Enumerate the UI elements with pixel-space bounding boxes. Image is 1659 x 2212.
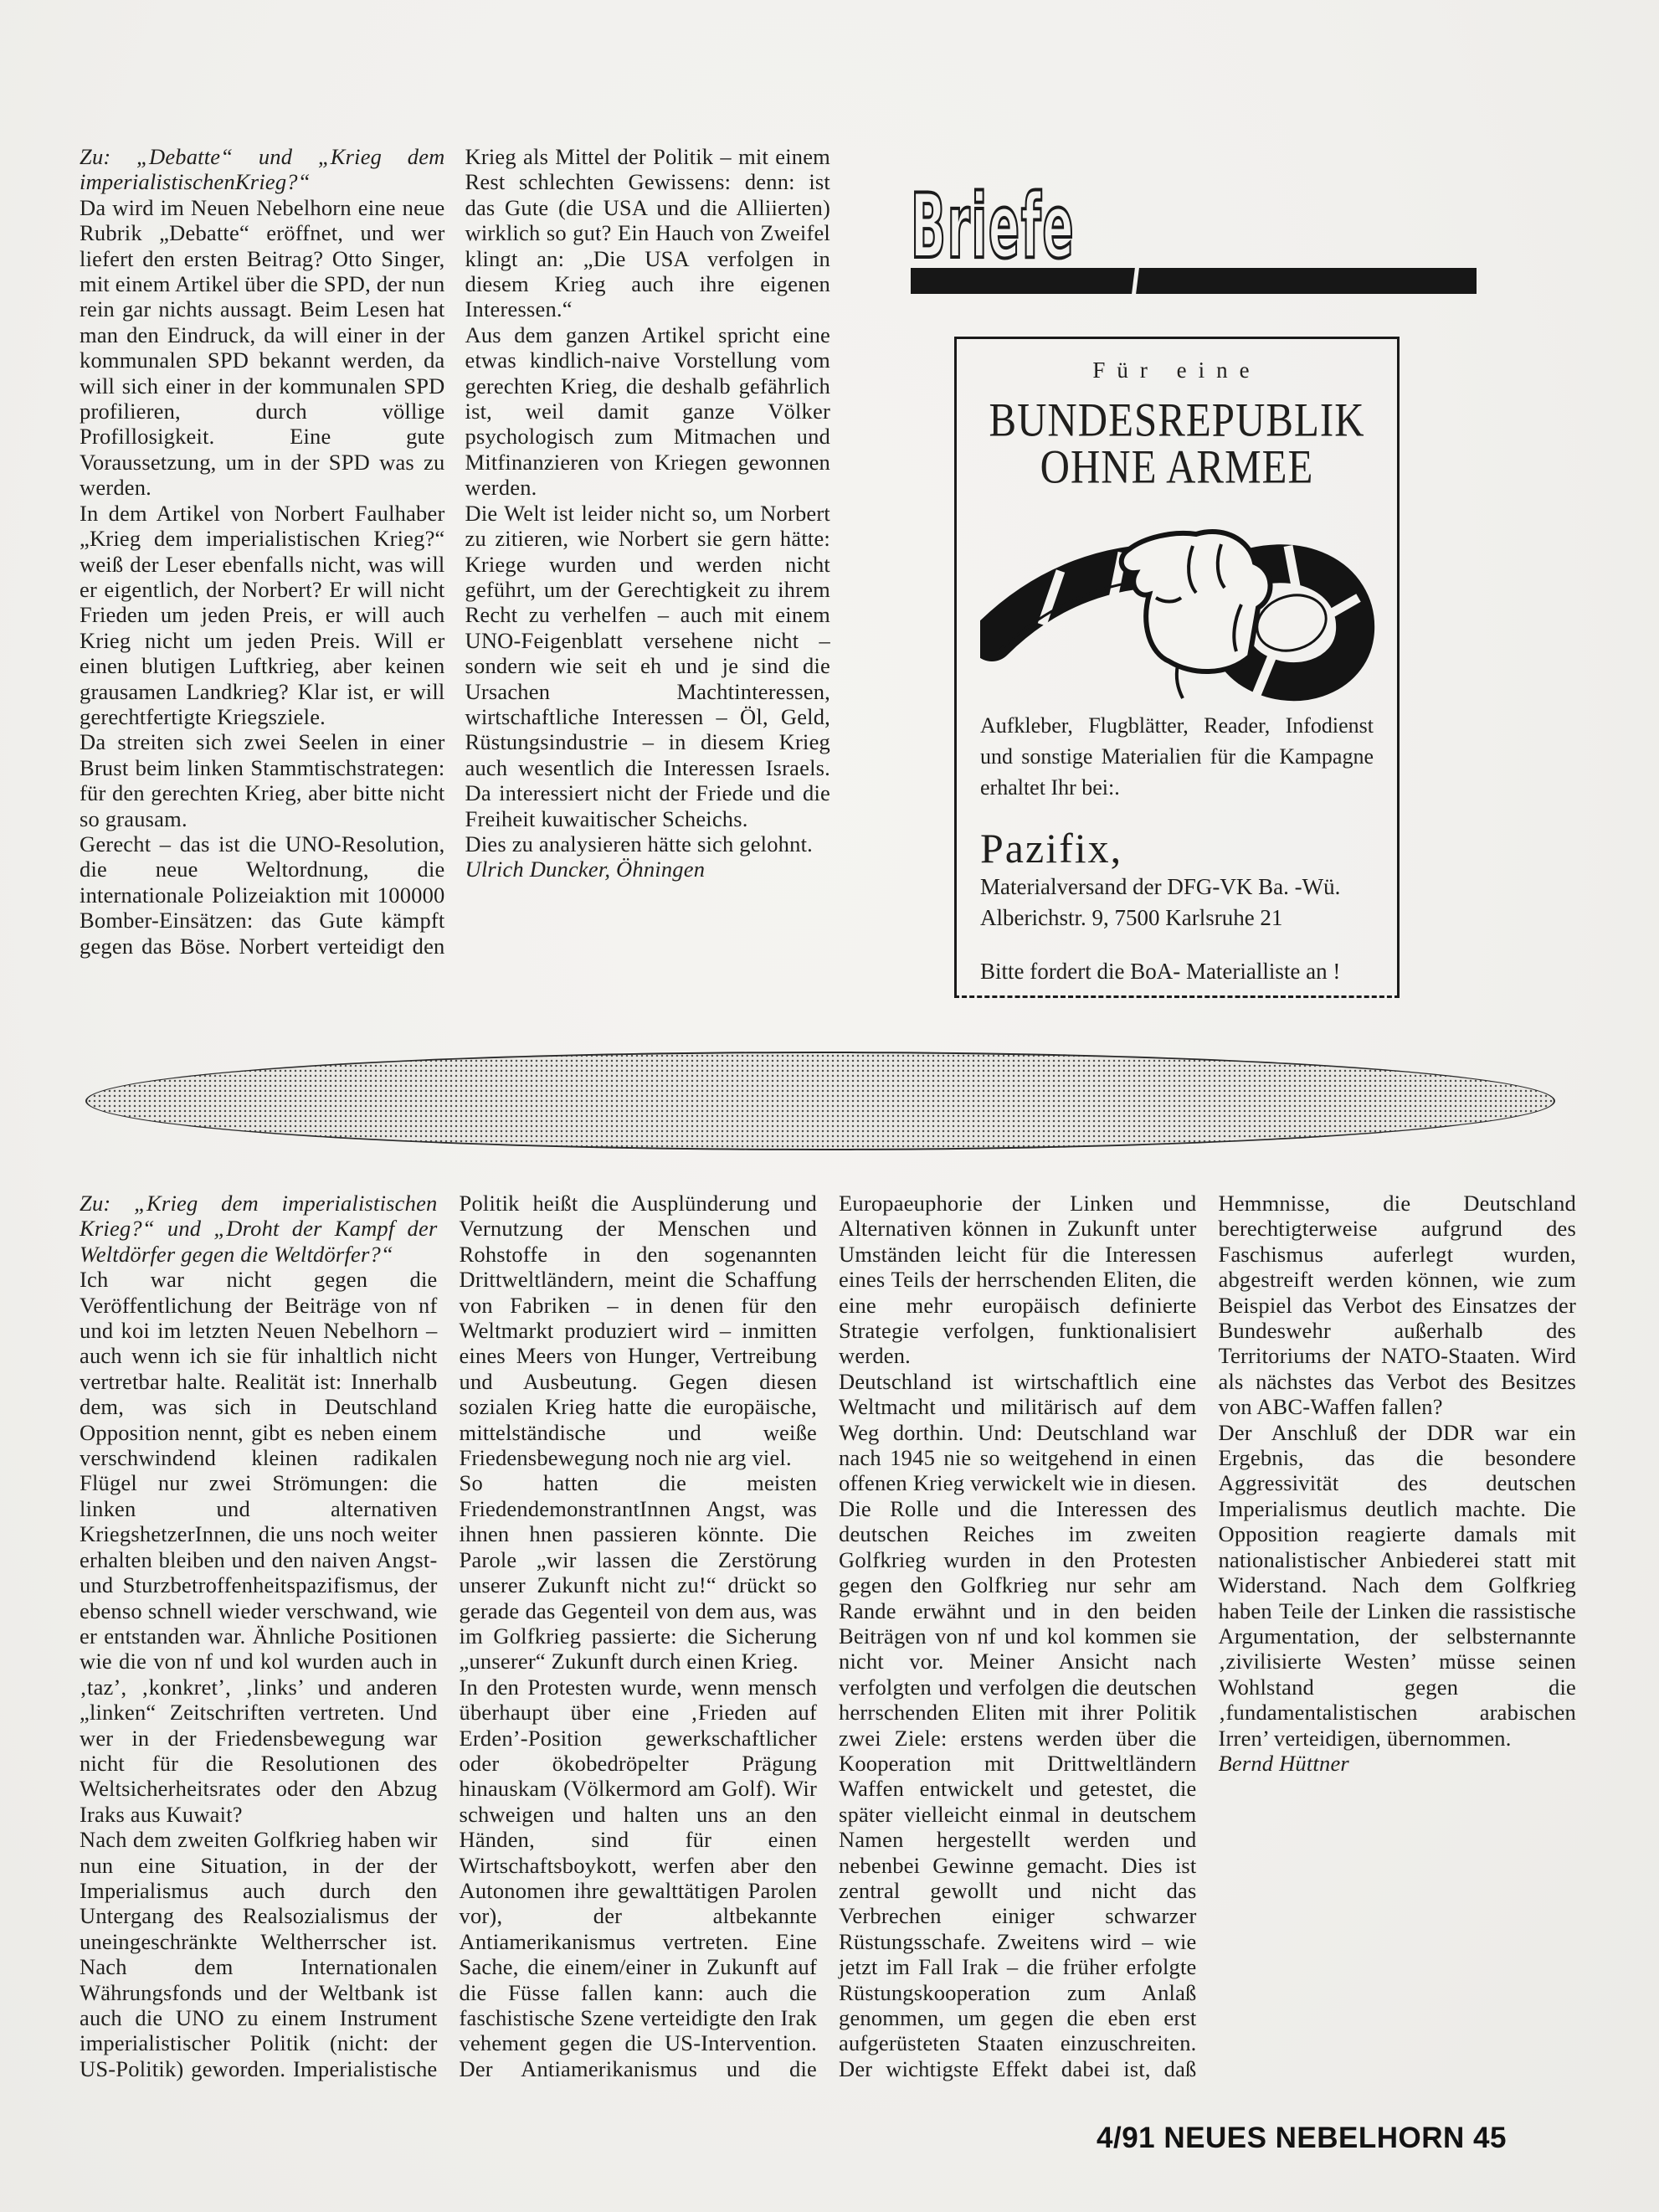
letter-1-signature: Ulrich Duncker, Öhningen <box>465 857 831 882</box>
ad-body: Aufkleber, Flugblätter, Reader, Infodien… <box>980 710 1374 803</box>
section-divider-ellipse <box>85 1052 1555 1150</box>
ad-note: Bitte fordert die BoA- Materialliste an … <box>980 959 1374 985</box>
letter-1-paragraph: Da wird im Neuen Nebelhorn eine neue Rub… <box>80 195 445 501</box>
letter-1: Zu: „Debatte“ und „Krieg dem imperialist… <box>80 144 830 973</box>
ad-address-line-2: Alberichstr. 9, 7500 Karlsruhe 21 <box>980 903 1374 934</box>
briefe-rule <box>911 268 1477 294</box>
letter-1-paragraph: In dem Artikel von Norbert Faulhaber „Kr… <box>80 501 445 730</box>
broken-rifle-illustration <box>980 497 1379 705</box>
letter-2-heading: Zu: „Krieg dem imperialistischen Krieg?“… <box>80 1191 438 1267</box>
letter-1-paragraph: Da streiten sich zwei Seelen in einer Br… <box>80 729 445 831</box>
magazine-page: Zu: „Debatte“ und „Krieg dem imperialist… <box>0 0 1659 2212</box>
letter-1-paragraph: Aus dem ganzen Artikel spricht eine etwa… <box>465 322 831 501</box>
letter-2-paragraph: So hatten die meisten Friedendemonstrant… <box>460 1470 818 1674</box>
ad-vendor-name: Pazifix, <box>980 826 1374 870</box>
page-footer: 4/91 NEUES NEBELHORN 45 <box>1097 2122 1482 2155</box>
letter-2-paragraph: Der Anschluß der DDR war ein Ergebnis, d… <box>1219 1420 1577 1751</box>
letter-2: Zu: „Krieg dem imperialistischen Krieg?“… <box>80 1191 1576 2095</box>
letter-1-paragraph: Dies zu analysieren hätte sich gelohnt. <box>465 831 831 857</box>
briefe-headline: Briefe <box>911 183 1075 271</box>
letter-2-paragraph: Ich war nicht gegen die Veröffentlichung… <box>80 1267 438 1827</box>
letter-1-heading: Zu: „Debatte“ und „Krieg dem imperialist… <box>80 144 445 195</box>
letter-2-signature: Bernd Hüttner <box>1219 1751 1577 1776</box>
letter-1-paragraph: Die Welt ist leider nicht so, um Norbert… <box>465 501 831 831</box>
ad-address-line-1: Materialversand der DFG-VK Ba. -Wü. <box>980 872 1374 903</box>
ad-kicker: Für eine <box>980 358 1374 383</box>
ad-title-line-2: OHNE ARMEE <box>973 439 1382 496</box>
boa-ad-box: Für eine BUNDESREPUBLIK OHNE ARMEE <box>954 337 1400 998</box>
